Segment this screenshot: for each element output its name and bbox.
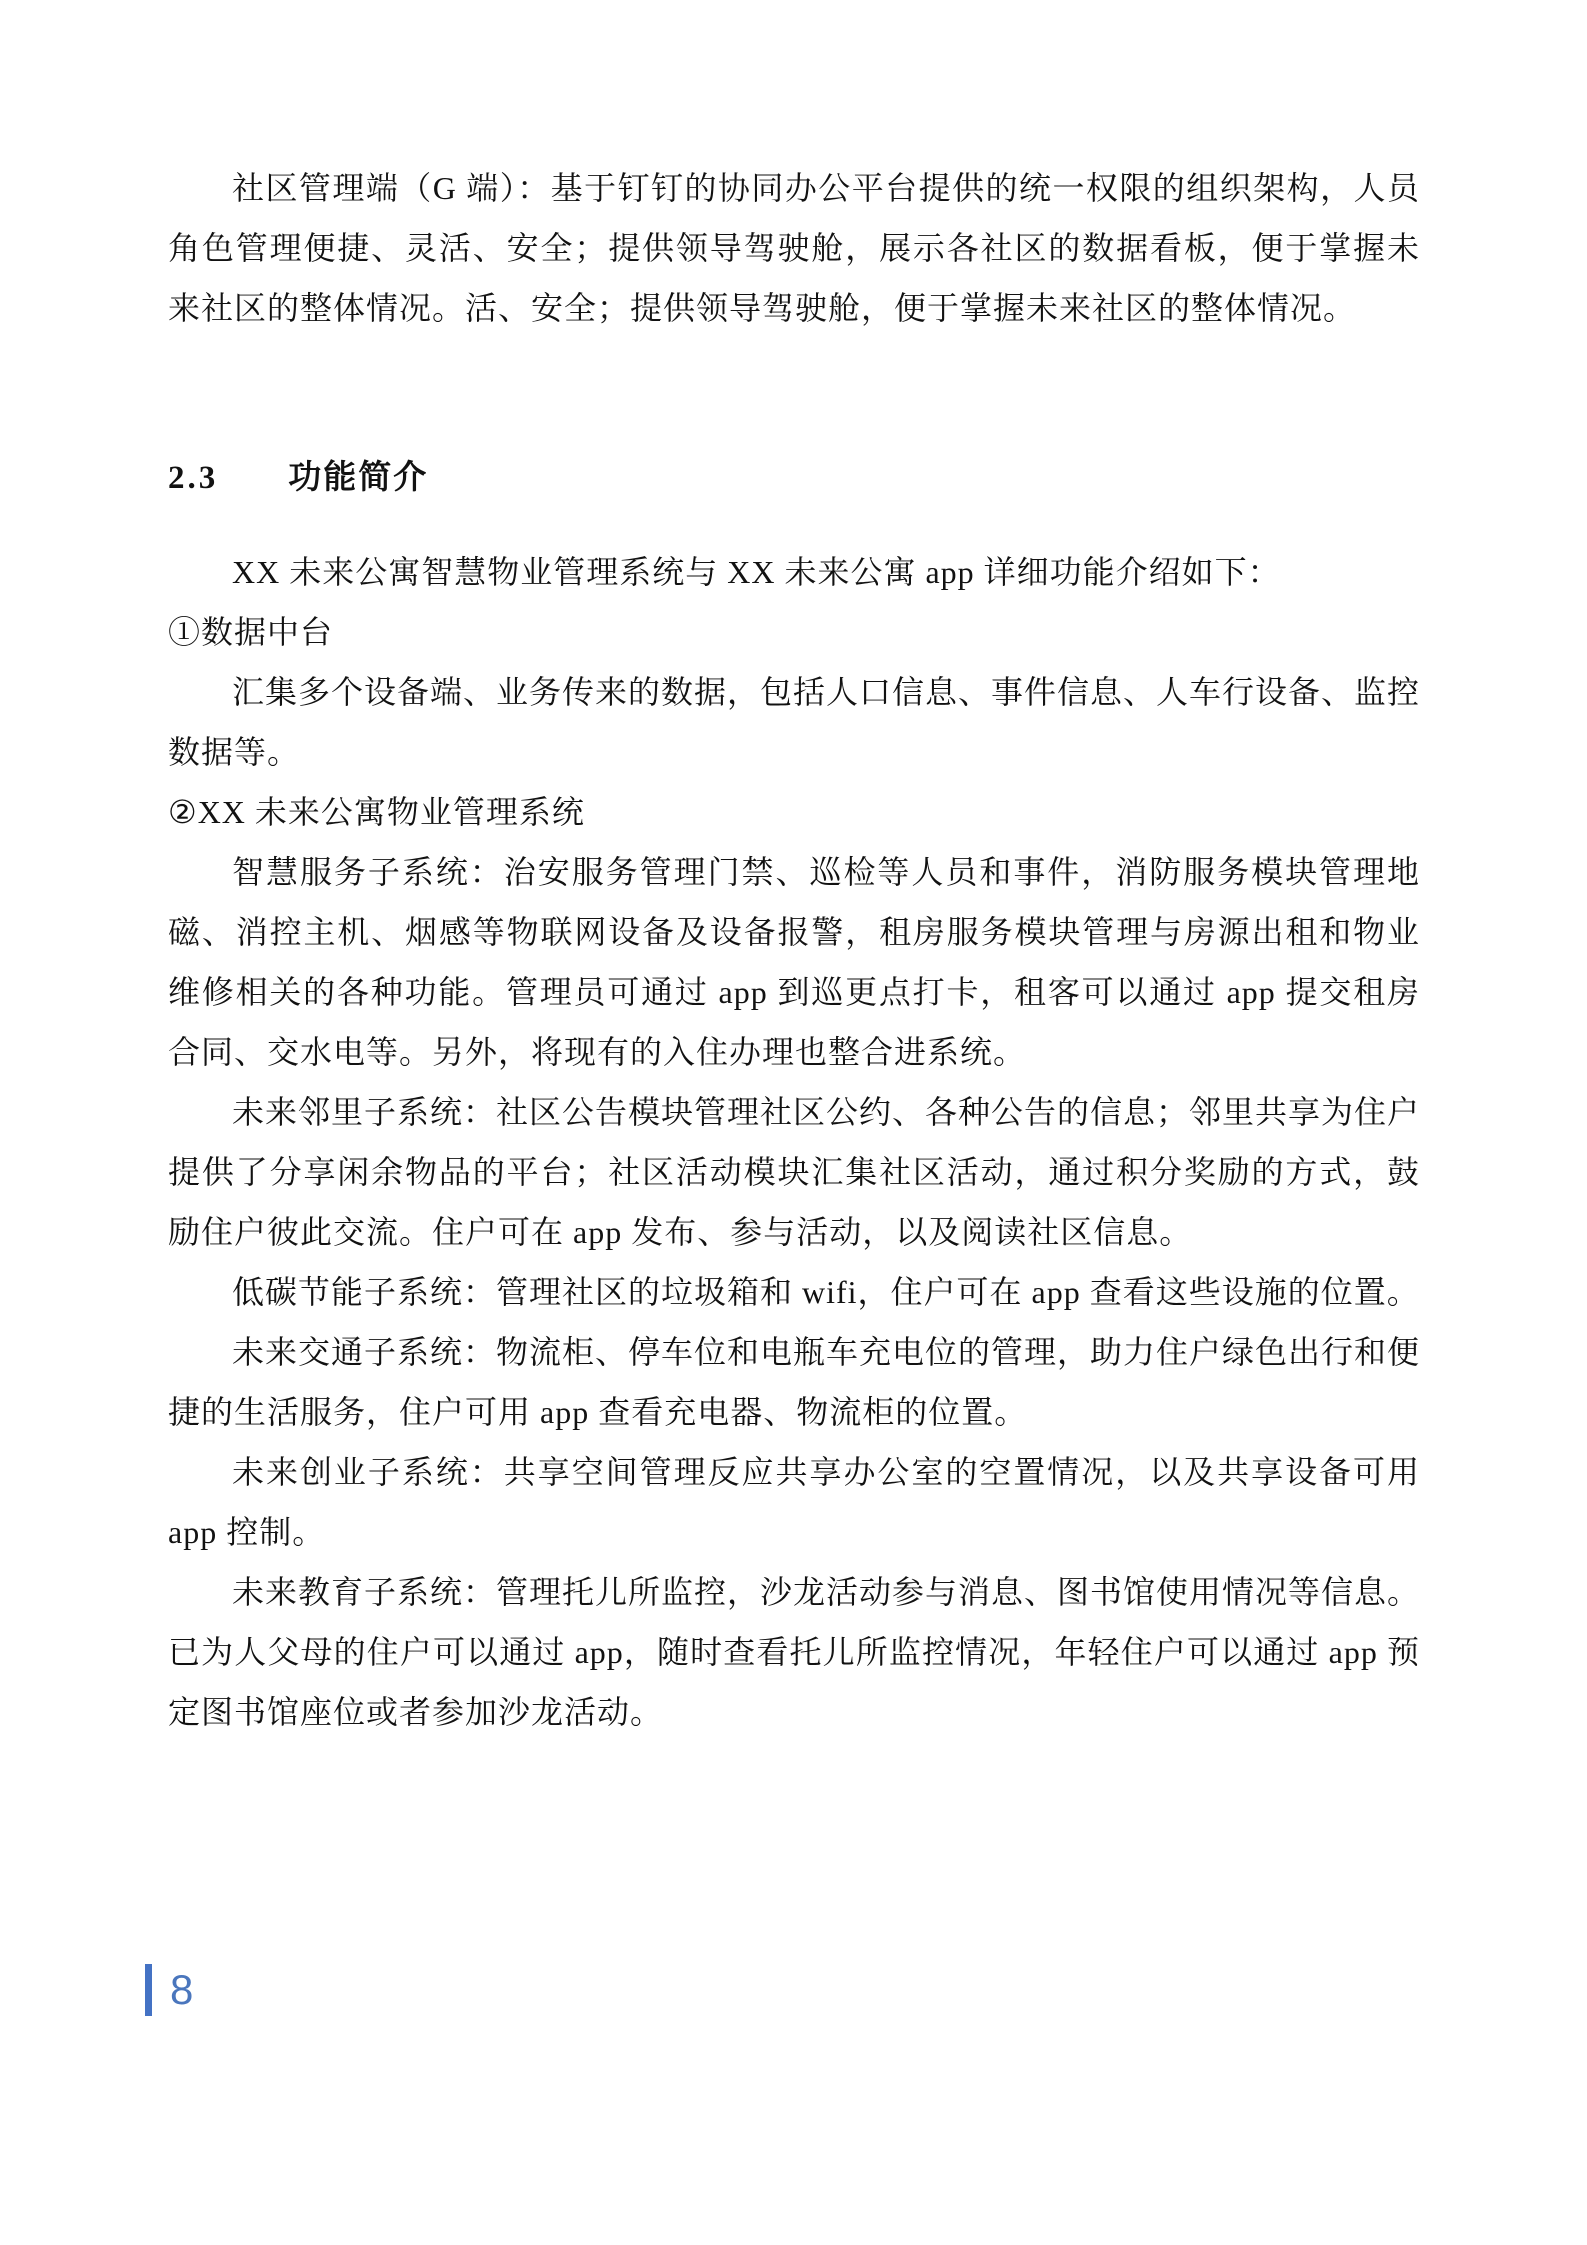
paragraph: 未来交通子系统：物流柜、停车位和电瓶车充电位的管理，助力住户绿色出行和便捷的生活…	[168, 1322, 1420, 1442]
paragraph: 社区管理端（G 端）：基于钉钉的协同办公平台提供的统一权限的组织架构，人员角色管…	[168, 158, 1420, 338]
document-page: 社区管理端（G 端）：基于钉钉的协同办公平台提供的统一权限的组织架构，人员角色管…	[0, 0, 1587, 2245]
paragraph: 智慧服务子系统：治安服务管理门禁、巡检等人员和事件，消防服务模块管理地磁、消控主…	[168, 842, 1420, 1082]
paragraph: 未来教育子系统：管理托儿所监控，沙龙活动参与消息、图书馆使用情况等信息。已为人父…	[168, 1562, 1420, 1742]
page-number-accent-bar	[145, 1964, 152, 2016]
page-number: 8	[170, 1964, 193, 2016]
paragraph: 低碳节能子系统：管理社区的垃圾箱和 wifi，住户可在 app 查看这些设施的位…	[168, 1262, 1420, 1322]
paragraph: 汇集多个设备端、业务传来的数据，包括人口信息、事件信息、人车行设备、监控数据等。	[168, 662, 1420, 782]
section-title: 功能简介	[288, 454, 428, 502]
paragraph: ①数据中台	[168, 602, 1420, 662]
paragraph: XX 未来公寓智慧物业管理系统与 XX 未来公寓 app 详细功能介绍如下：	[168, 542, 1420, 602]
document-body: 社区管理端（G 端）：基于钉钉的协同办公平台提供的统一权限的组织架构，人员角色管…	[168, 158, 1420, 1742]
page-footer: 8	[145, 1964, 193, 2016]
paragraph: ②XX 未来公寓物业管理系统	[168, 782, 1420, 842]
section-number: 2.3	[168, 454, 218, 502]
paragraph: 未来创业子系统：共享空间管理反应共享办公室的空置情况，以及共享设备可用 app …	[168, 1442, 1420, 1562]
section-heading: 2.3 功能简介	[168, 454, 1420, 502]
paragraph: 未来邻里子系统：社区公告模块管理社区公约、各种公告的信息；邻里共享为住户提供了分…	[168, 1082, 1420, 1262]
